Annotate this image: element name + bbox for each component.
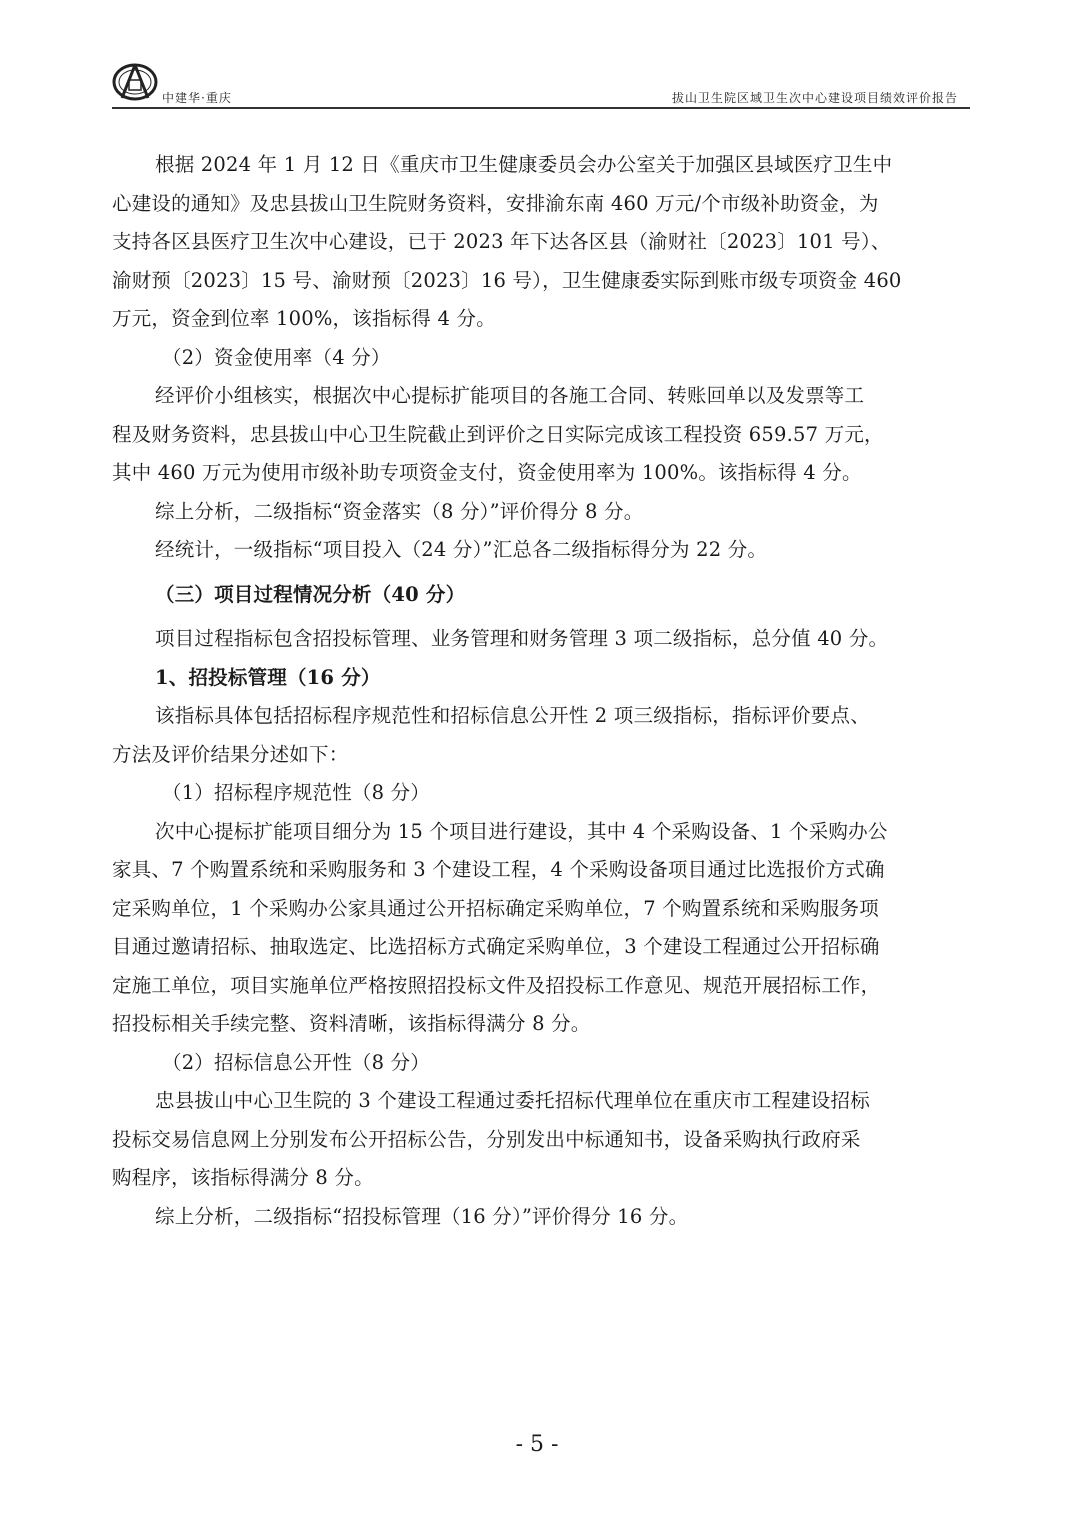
paragraph-line: 渝财预〔2023〕15 号、渝财预〔2023〕16 号），卫生健康委实际到账市级… [112,262,942,301]
subheading-fund-usage-rate: （2）资金使用率（4 分） [112,339,942,378]
paragraph-line: 方法及评价结果分述如下： [112,736,942,775]
paragraph-line: 定施工单位，项目实施单位严格按照招投标文件及招投标工作意见、规范开展招标工作， [112,967,942,1006]
paragraph-line: 家具、7 个购置系统和采购服务和 3 个建设工程，4 个采购设备项目通过比选报价… [112,851,942,890]
header-divider [112,107,970,109]
paragraph-line: 心建设的通知》及忠县拔山卫生院财务资料，安排渝东南 460 万元/个市级补助资金… [112,185,942,224]
paragraph-line: 定采购单位，1 个采购办公家具通过公开招标确定采购单位，7 个购置系统和采购服务… [112,890,942,929]
paragraph-line: 程及财务资料，忠县拔山中心卫生院截止到评价之日实际完成该工程投资 659.57 … [112,416,942,455]
paragraph-line: 次中心提标扩能项目细分为 15 个项目进行建设，其中 4 个采购设备、1 个采购… [112,813,942,852]
paragraph-line: 根据 2024 年 1 月 12 日《重庆市卫生健康委员会办公室关于加强区县域医… [112,146,942,185]
paragraph-line: 项目过程指标包含招投标管理、业务管理和财务管理 3 项二级指标，总分值 40 分… [112,620,942,659]
paragraph-line: 经评价小组核实，根据次中心提标扩能项目的各施工合同、转账回单以及发票等工 [112,377,942,416]
company-logo-icon [112,62,158,102]
report-title: 拔山卫生院区域卫生次中心建设项目绩效评价报告 [672,89,958,106]
page-header: 中建华·重庆 拔山卫生院区域卫生次中心建设项目绩效评价报告 [112,62,970,108]
summary-line: 经统计，一级指标“项目投入（24 分）”汇总各二级指标得分为 22 分。 [112,531,942,570]
paragraph-line: 该指标具体包括招标程序规范性和招标信息公开性 2 项三级指标，指标评价要点、 [112,697,942,736]
paragraph-line: 招投标相关手续完整、资料清晰，该指标得满分 8 分。 [112,1005,942,1044]
document-body: 根据 2024 年 1 月 12 日《重庆市卫生健康委员会办公室关于加强区县域医… [112,146,942,1236]
paragraph-line: 支持各区县医疗卫生次中心建设，已于 2023 年下达各区县（渝财社〔2023〕1… [112,223,942,262]
paragraph-line: 目通过邀请招标、抽取选定、比选招标方式确定采购单位，3 个建设工程通过公开招标确 [112,928,942,967]
brand-name: 中建华·重庆 [162,89,232,106]
paragraph-line: 购程序，该指标得满分 8 分。 [112,1159,942,1198]
subheading-bidding-disclosure: （2）招标信息公开性（8 分） [112,1044,942,1083]
page-number: - 5 - [0,1432,1074,1457]
paragraph-line: 投标交易信息网上分别发布公开招标公告，分别发出中标通知书，设备采购执行政府采 [112,1121,942,1160]
paragraph-line: 其中 460 万元为使用市级补助专项资金支付，资金使用率为 100%。该指标得 … [112,454,942,493]
summary-line: 综上分析，二级指标“招投标管理（16 分）”评价得分 16 分。 [112,1198,942,1237]
summary-line: 综上分析，二级指标“资金落实（8 分）”评价得分 8 分。 [112,493,942,532]
paragraph-line: 万元，资金到位率 100%，该指标得 4 分。 [112,300,942,339]
section-heading-process-analysis: （三）项目过程情况分析（40 分） [112,576,942,615]
subheading-bidding-management: 1、招投标管理（16 分） [112,659,942,698]
subheading-bidding-procedure: （1）招标程序规范性（8 分） [112,774,942,813]
paragraph-line: 忠县拔山中心卫生院的 3 个建设工程通过委托招标代理单位在重庆市工程建设招标 [112,1082,942,1121]
